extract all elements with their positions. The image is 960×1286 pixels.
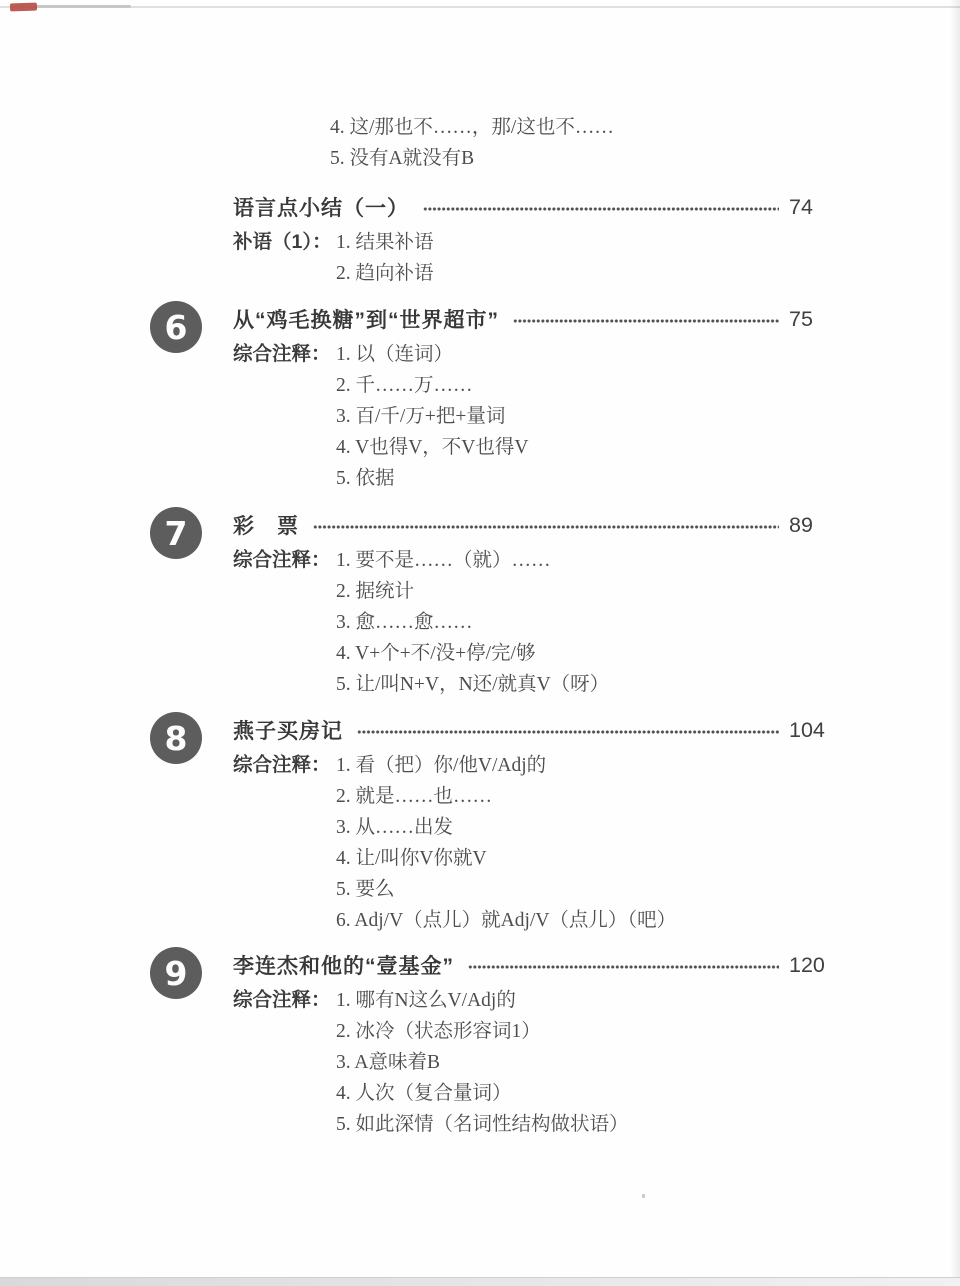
note-row: 补语（1）： 1. 结果补语 [233, 224, 833, 255]
note-item: 4. 让/叫你V你就V [233, 840, 833, 871]
page-number: 120 [785, 953, 833, 978]
scan-speck [642, 1194, 645, 1198]
note-item: 5. 要么 [233, 871, 833, 902]
note-item: 1. 要不是……（就）…… [336, 544, 551, 572]
note-row: 综合注释： 1. 哪有N这么V/Adj的 [233, 982, 833, 1013]
red-ink-mark [10, 3, 37, 12]
toc-entry-title-row: 从“鸡毛换糖”到“世界超市” 75 [233, 302, 833, 336]
page-number: 104 [785, 718, 833, 743]
toc-entry-title-row: 燕子买房记 104 [233, 713, 833, 747]
note-row: 综合注释： 1. 要不是……（就）…… [233, 542, 833, 573]
scan-edge-bottom-band [0, 1277, 960, 1286]
toc-entry-lesson-8: 8 燕子买房记 104 综合注释： 1. 看（把）你/他V/Adj的 2. 就是… [233, 713, 833, 933]
scanned-toc-page: 4. 这/那也不……，那/这也不…… 5. 没有A就没有B 语言点小结（一） 7… [0, 0, 960, 1286]
page-number: 75 [785, 307, 833, 332]
toc-content: 4. 这/那也不……，那/这也不…… 5. 没有A就没有B 语言点小结（一） 7… [233, 0, 833, 1137]
toc-entry-title-row: 语言点小结（一） 74 [233, 190, 833, 224]
note-item: 3. 愈……愈…… [233, 604, 833, 635]
note-label: 综合注释： [233, 544, 336, 572]
note-label: 补语（1）： [233, 226, 336, 254]
entry-title: 彩 票 [233, 510, 299, 540]
toc-entry-title-row: 李连杰和他的“壹基金” 120 [233, 948, 833, 982]
lesson-number-badge: 8 [150, 712, 202, 764]
entry-title: 燕子买房记 [233, 715, 343, 745]
note-item: 1. 以（连词） [336, 338, 453, 366]
lesson-number-badge: 6 [150, 301, 202, 353]
note-label: 综合注释： [233, 984, 336, 1012]
note-item: 6. Adj/V（点儿）就Adj/V（点儿）（吧） [233, 902, 833, 933]
note-item: 2. 据统计 [233, 573, 833, 604]
note-label: 综合注释： [233, 338, 336, 366]
toc-entry-title-row: 彩 票 89 [233, 508, 833, 542]
entry-title: 从“鸡毛换糖”到“世界超市” [233, 304, 499, 334]
note-item: 1. 结果补语 [336, 226, 434, 254]
dot-leader [423, 206, 779, 212]
note-item: 2. 趋向补语 [233, 255, 833, 286]
note-label: 综合注释： [233, 749, 336, 777]
dot-leader [313, 524, 779, 530]
note-item: 3. 百/千/万+把+量词 [233, 398, 833, 429]
scan-edge-right-shadow [950, 0, 960, 1286]
note-item: 2. 千……万…… [233, 367, 833, 398]
note-item: 4. V+个+不/没+停/完/够 [233, 635, 833, 666]
note-item: 5. 没有A就没有B [233, 143, 833, 174]
scan-smudge [36, 5, 131, 8]
note-item: 3. 从……出发 [233, 809, 833, 840]
toc-entry-summary: 语言点小结（一） 74 补语（1）： 1. 结果补语 2. 趋向补语 [233, 190, 833, 286]
page-number: 89 [785, 513, 833, 538]
note-item: 4. 这/那也不……，那/这也不…… [233, 112, 833, 143]
entry-title: 李连杰和他的“壹基金” [233, 950, 454, 980]
note-item: 5. 让/叫N+V，N还/就真V（呀） [233, 666, 833, 697]
dot-leader [468, 964, 779, 970]
toc-entry-lesson-7: 7 彩 票 89 综合注释： 1. 要不是……（就）…… 2. 据统计 3. 愈… [233, 508, 833, 697]
dot-leader [513, 318, 779, 324]
note-row: 综合注释： 1. 以（连词） [233, 336, 833, 367]
note-item: 2. 冰冷（状态形容词1） [233, 1013, 833, 1044]
note-item: 1. 哪有N这么V/Adj的 [336, 984, 516, 1012]
note-item: 3. A意味着B [233, 1044, 833, 1075]
note-item: 2. 就是……也…… [233, 778, 833, 809]
lesson-number-badge: 9 [150, 947, 202, 999]
toc-entry-lesson-6: 6 从“鸡毛换糖”到“世界超市” 75 综合注释： 1. 以（连词） 2. 千…… [233, 302, 833, 491]
note-row: 综合注释： 1. 看（把）你/他V/Adj的 [233, 747, 833, 778]
note-item: 5. 依据 [233, 460, 833, 491]
toc-entry-lesson-9: 9 李连杰和他的“壹基金” 120 综合注释： 1. 哪有N这么V/Adj的 2… [233, 948, 833, 1137]
note-item: 4. V也得V，不V也得V [233, 429, 833, 460]
note-item: 5. 如此深情（名词性结构做状语） [233, 1106, 833, 1137]
page-number: 74 [785, 195, 833, 220]
note-item: 4. 人次（复合量词） [233, 1075, 833, 1106]
entry-title: 语言点小结（一） [233, 192, 409, 222]
dot-leader [357, 729, 779, 735]
note-item: 1. 看（把）你/他V/Adj的 [336, 749, 546, 777]
lesson-number-badge: 7 [150, 507, 202, 559]
